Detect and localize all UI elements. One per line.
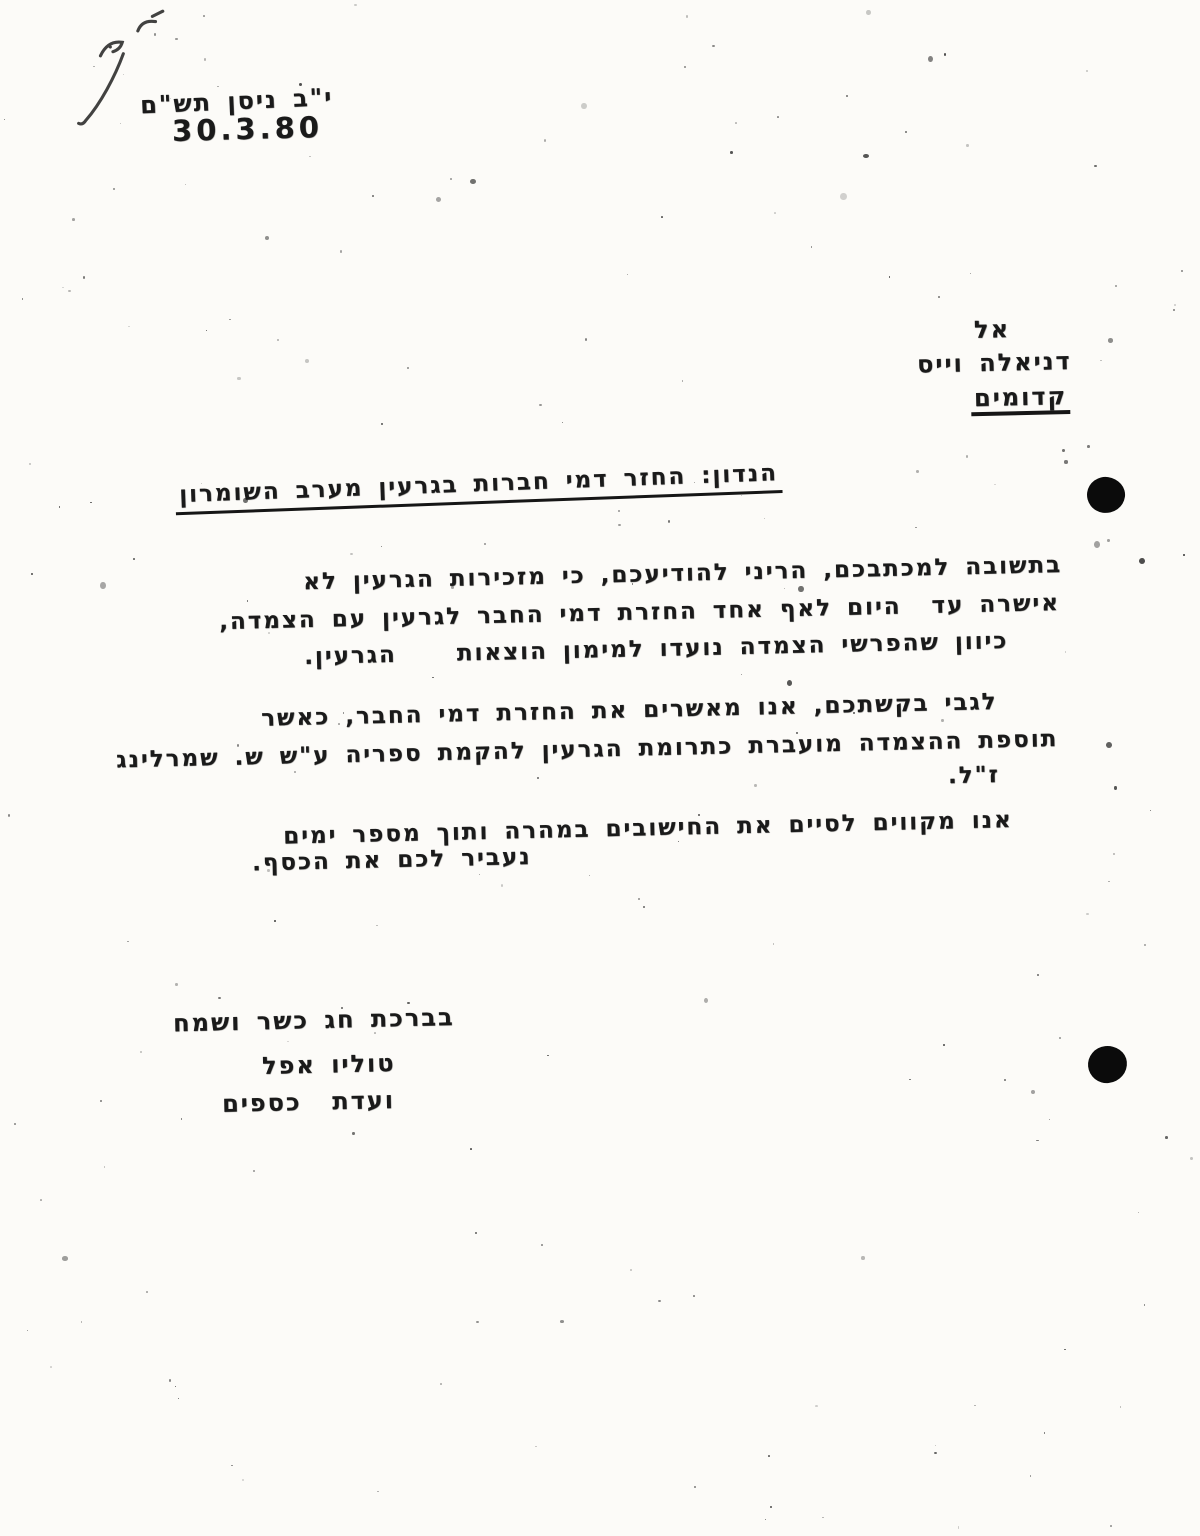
- paper-speck: [863, 154, 869, 158]
- paper-speck: [741, 495, 742, 496]
- paper-speck: [1065, 651, 1066, 652]
- paper-speck: [1037, 974, 1039, 976]
- paper-speck: [861, 1256, 864, 1260]
- recipient-name: דניאלה וייס: [917, 348, 1072, 378]
- paper-speck: [822, 1517, 823, 1518]
- paper-speck: [661, 216, 663, 218]
- paper-speck: [935, 1445, 937, 1447]
- paper-speck: [774, 212, 776, 214]
- paper-speck: [544, 139, 546, 142]
- paper-speck: [501, 884, 504, 887]
- paper-speck: [1113, 853, 1115, 855]
- paper-speck: [1144, 1304, 1145, 1305]
- paper-speck: [1087, 445, 1089, 448]
- paper-speck: [231, 1465, 233, 1466]
- paper-speck: [1086, 70, 1088, 72]
- paragraph2-line3: ז"ל.: [948, 763, 1000, 789]
- paper-speck: [1086, 913, 1088, 915]
- paper-speck: [974, 1405, 975, 1407]
- paper-speck: [1036, 1140, 1038, 1142]
- paper-speck: [432, 677, 433, 678]
- paper-speck: [484, 543, 486, 546]
- paragraph2-line1: לגבי בקשתכם, אנו מאשרים את החזרת דמי החב…: [261, 690, 998, 732]
- paper-speck: [618, 510, 620, 512]
- paper-speck: [175, 1386, 176, 1387]
- paper-speck: [68, 290, 70, 292]
- paper-speck: [1181, 270, 1183, 272]
- paper-speck: [915, 527, 917, 528]
- paper-speck: [1114, 786, 1117, 789]
- paper-speck: [941, 719, 944, 722]
- paper-speck: [81, 1321, 82, 1323]
- paper-speck: [1004, 1079, 1006, 1081]
- paper-speck: [630, 1269, 632, 1271]
- paper-speck: [741, 674, 743, 676]
- paper-speck: [169, 1379, 172, 1382]
- recipient-to-label: אל: [974, 316, 1011, 343]
- paper-speck: [340, 250, 342, 252]
- paper-speck: [265, 236, 269, 240]
- paper-speck: [668, 520, 671, 523]
- paper-speck: [1094, 165, 1096, 167]
- paper-speck: [1094, 541, 1100, 548]
- paper-speck: [754, 784, 757, 787]
- paper-speck: [247, 600, 248, 602]
- paper-speck: [1062, 449, 1065, 452]
- paper-speck: [627, 274, 628, 276]
- paper-speck: [218, 997, 220, 999]
- paper-speck: [798, 586, 803, 592]
- paper-speck: [547, 1055, 548, 1056]
- paper-speck: [643, 906, 645, 908]
- paper-speck: [1044, 1432, 1045, 1434]
- paper-speck: [175, 983, 178, 986]
- paper-speck: [470, 1148, 472, 1150]
- paper-speck: [229, 319, 231, 320]
- paper-speck: [100, 1100, 102, 1102]
- paper-speck: [62, 1256, 68, 1260]
- paper-speck: [928, 56, 933, 62]
- paragraph3-line1: אנו מקווים לסיים את החישובים במהרה ותוך …: [283, 808, 1013, 850]
- paper-speck: [128, 326, 130, 327]
- paper-speck: [815, 1405, 817, 1407]
- paper-speck: [83, 276, 85, 278]
- paper-speck: [14, 1123, 16, 1125]
- paper-speck: [352, 1132, 354, 1135]
- paper-speck: [253, 1170, 255, 1172]
- paper-speck: [658, 1300, 661, 1302]
- paper-speck: [1031, 1090, 1035, 1094]
- paper-speck: [811, 246, 812, 247]
- paper-speck: [31, 573, 33, 575]
- paper-speck: [934, 1452, 937, 1454]
- paper-speck: [287, 1041, 289, 1042]
- paper-speck: [436, 197, 441, 202]
- paper-speck: [966, 455, 968, 458]
- paper-speck: [840, 193, 846, 200]
- paper-speck: [185, 184, 186, 185]
- paper-speck: [678, 841, 679, 842]
- signer-committee: ועדת כספים: [222, 1087, 395, 1117]
- paper-speck: [735, 122, 737, 124]
- paper-speck: [277, 339, 279, 341]
- paper-speck: [1100, 360, 1101, 361]
- paper-speck: [206, 330, 207, 331]
- paper-speck: [217, 86, 219, 87]
- paper-speck: [1059, 1037, 1061, 1038]
- paper-speck: [29, 463, 31, 464]
- paper-speck: [970, 273, 971, 274]
- paper-speck: [381, 423, 384, 425]
- paper-speck: [787, 680, 792, 686]
- paper-speck: [539, 404, 541, 406]
- paper-speck: [916, 470, 919, 473]
- paragraph1-line1: בתשובה למכתבכם, הריני להודיעכם, כי מזכיר…: [303, 553, 1063, 596]
- paper-speck: [72, 218, 75, 221]
- paper-speck: [479, 874, 480, 875]
- paragraph1-line3: כיוון שהפרשי הצמדה נועדו למימון הוצאות ה…: [304, 629, 1009, 670]
- paper-speck: [376, 925, 378, 926]
- paper-speck: [765, 1519, 766, 1520]
- paper-speck: [27, 1330, 28, 1331]
- paper-speck: [768, 1455, 770, 1457]
- paper-speck: [450, 178, 453, 180]
- paper-speck: [562, 422, 563, 423]
- paper-speck: [585, 338, 587, 341]
- paper-speck: [100, 582, 106, 589]
- paper-speck: [889, 276, 891, 278]
- paper-speck: [944, 53, 946, 55]
- paper-speck: [1108, 338, 1114, 343]
- paper-speck: [846, 95, 847, 96]
- paper-speck: [294, 771, 296, 773]
- paper-speck: [1173, 309, 1175, 312]
- paper-speck: [773, 943, 775, 945]
- paper-speck: [866, 10, 871, 16]
- paper-speck: [274, 920, 276, 921]
- paper-speck: [693, 1295, 695, 1297]
- paper-speck: [1107, 539, 1110, 542]
- paper-speck: [777, 116, 779, 118]
- paper-speck: [618, 524, 621, 526]
- paper-speck: [1064, 1349, 1065, 1350]
- paper-speck: [50, 1366, 51, 1368]
- signer-name: טוליו אפל: [261, 1050, 395, 1079]
- paper-speck: [62, 287, 64, 288]
- handwritten-scribble: [34, 6, 169, 141]
- paper-speck: [1144, 944, 1146, 946]
- paper-speck: [350, 553, 353, 555]
- paper-speck: [1183, 554, 1185, 555]
- paper-speck: [1110, 1525, 1112, 1527]
- paper-speck: [175, 38, 177, 41]
- paper-speck: [178, 1398, 179, 1399]
- paper-speck: [372, 195, 374, 197]
- paper-speck: [237, 377, 240, 380]
- paper-speck: [204, 58, 207, 61]
- paper-speck: [90, 502, 92, 504]
- paper-speck: [1108, 881, 1110, 882]
- paper-speck: [470, 179, 476, 184]
- paper-speck: [1120, 1406, 1121, 1407]
- paper-speck: [682, 380, 683, 381]
- hole-punch-bottom: [1086, 1044, 1129, 1085]
- paper-speck: [905, 131, 907, 133]
- paper-speck: [475, 1232, 477, 1235]
- paragraph3-line2: נעביר לכם את הכסף.: [252, 845, 532, 877]
- paper-speck: [59, 506, 61, 508]
- recipient-locality: קדומים: [970, 383, 1070, 417]
- paper-speck: [730, 151, 733, 154]
- paper-speck: [943, 1044, 945, 1046]
- paper-speck: [40, 1199, 43, 1201]
- paper-speck: [1115, 285, 1117, 287]
- paper-speck: [712, 45, 714, 47]
- paper-speck: [589, 875, 590, 876]
- paper-speck: [638, 898, 639, 899]
- paper-speck: [181, 1118, 182, 1119]
- paper-speck: [938, 296, 940, 298]
- paper-speck: [1106, 742, 1112, 748]
- paper-speck: [377, 1491, 379, 1493]
- paper-speck: [537, 777, 539, 779]
- paper-speck: [686, 15, 688, 17]
- paper-speck: [476, 1321, 478, 1323]
- paper-speck: [242, 1479, 244, 1481]
- paper-speck: [1138, 1212, 1139, 1213]
- paper-speck: [1190, 1157, 1193, 1160]
- paper-speck: [440, 1383, 442, 1385]
- paper-speck: [203, 15, 205, 17]
- paper-speck: [1049, 1119, 1050, 1120]
- paper-speck: [127, 941, 129, 943]
- scanned-letter-page: י"ב ניסן תש"ם 30.3.80 אל דניאלה וייס קדו…: [0, 0, 1200, 1536]
- paper-speck: [784, 588, 786, 589]
- date-gregorian: 30.3.80: [172, 112, 324, 148]
- paper-speck: [104, 1166, 105, 1168]
- paper-speck: [770, 1506, 772, 1508]
- paper-speck: [764, 518, 765, 519]
- paper-speck: [684, 66, 686, 68]
- paper-speck: [994, 484, 996, 485]
- paper-speck: [541, 1244, 543, 1246]
- subject-line: הנדון: החזר דמי חברות בגרעין מערב השומרו…: [175, 461, 783, 516]
- paper-speck: [1150, 810, 1151, 811]
- paper-speck: [146, 1291, 148, 1293]
- paper-speck: [381, 546, 383, 547]
- paper-speck: [1030, 1475, 1031, 1476]
- hole-punch-top: [1085, 475, 1128, 516]
- paper-speck: [8, 814, 10, 817]
- paper-speck: [4, 119, 5, 120]
- paper-speck: [535, 1446, 537, 1448]
- paper-speck: [133, 558, 135, 560]
- paper-speck: [966, 144, 969, 147]
- paper-speck: [560, 1320, 565, 1323]
- paper-speck: [407, 367, 409, 369]
- paper-speck: [958, 1526, 960, 1528]
- paragraph2-line2: תוספת ההצמדה מועברת כתרומת הגרעין להקמת …: [116, 727, 1059, 774]
- paper-speck: [704, 998, 708, 1003]
- paper-speck: [1174, 304, 1176, 306]
- paper-speck: [305, 359, 309, 363]
- paper-speck: [113, 188, 115, 189]
- paper-speck: [909, 1079, 910, 1080]
- paper-speck: [140, 1051, 142, 1053]
- paper-speck: [309, 156, 311, 157]
- closing-greeting: בברכת חג כשר ושמח: [173, 1004, 455, 1037]
- paper-speck: [1165, 1136, 1168, 1139]
- paper-speck: [1064, 460, 1068, 463]
- paper-speck: [22, 298, 24, 300]
- paper-speck: [581, 103, 587, 110]
- paper-speck: [694, 1486, 696, 1488]
- paper-speck: [1139, 558, 1145, 564]
- paper-speck: [354, 4, 357, 7]
